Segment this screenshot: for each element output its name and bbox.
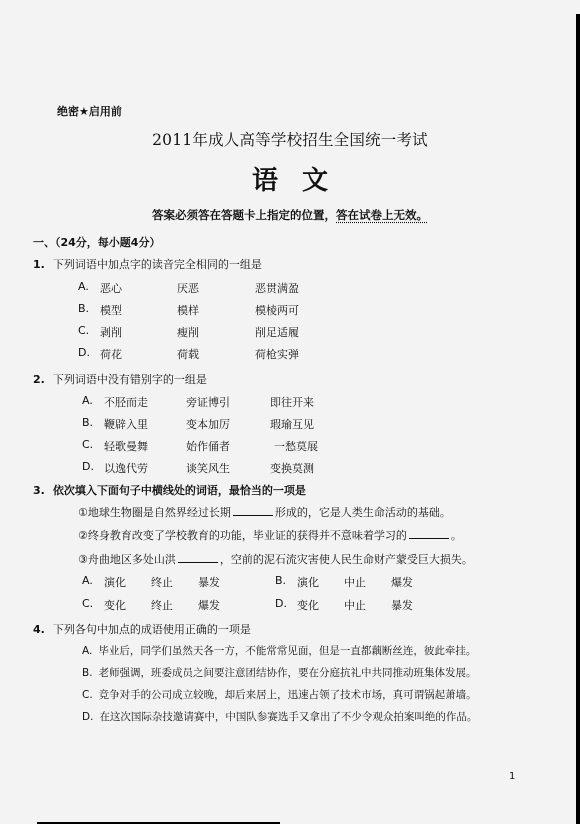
q3-sentence-3: ③舟曲地区多处山洪，空前的泥石流灾害使人民生命财产蒙受巨大损失。 xyxy=(78,551,473,567)
option-word: 厌恶 xyxy=(177,280,199,296)
q4-option-d: D.在这次国际杂技邀请赛中，中国队参赛选手又拿出了不少令观众拍案叫绝的作品。 xyxy=(82,709,477,724)
question-1: 1.下列词语中加点字的读音完全相同的一组是 xyxy=(33,256,262,272)
option-label: D. xyxy=(275,597,287,610)
option-word: 恶心 xyxy=(100,280,122,296)
option-word: 模棱两可 xyxy=(255,302,299,318)
option-word: 演化 xyxy=(104,574,126,590)
sentence-text: ③舟曲地区多处山洪 xyxy=(78,553,176,566)
sentence-text: 形成的，它是人类生命活动的基础。 xyxy=(275,506,451,519)
option-word: 荷花 xyxy=(100,346,122,362)
option-label: A. xyxy=(82,574,93,587)
option-word: 变化 xyxy=(104,597,126,613)
question-prompt: 下列词语中加点字的读音完全相同的一组是 xyxy=(53,258,262,271)
option-text: 竞争对手的公司成立较晚，却后来居上，迅速占领了技术市场，真可谓锅起萧墙。 xyxy=(99,689,477,701)
option-word: 鞭辟入里 xyxy=(104,416,148,432)
option-word: 暴发 xyxy=(391,597,413,613)
sentence-text: ②终身教育改变了学校教育的功能，毕业证的获得并不意味着学习的 xyxy=(78,529,407,542)
option-word: 剥削 xyxy=(100,324,122,340)
q3-sentence-1: ①地球生物圈是自然界经过长期形成的，它是人类生命活动的基础。 xyxy=(78,504,451,520)
option-label: A. xyxy=(78,280,89,293)
question-2: 2.下列词语中没有错别字的一组是 xyxy=(33,371,207,387)
option-word: 爆发 xyxy=(391,574,413,590)
option-word: 荷载 xyxy=(177,346,199,362)
option-word: 恶贯满盈 xyxy=(255,280,299,296)
fill-blank xyxy=(409,529,449,539)
option-label: C. xyxy=(82,689,93,701)
question-prompt: 依次填入下面句子中横线处的词语，最恰当的一项是 xyxy=(53,484,306,497)
option-word: 不胫而走 xyxy=(104,394,148,410)
option-text: 在这次国际杂技邀请赛中，中国队参赛选手又拿出了不少令观众拍案叫绝的作品。 xyxy=(99,711,477,723)
sentence-text: ，空前的泥石流灾害使人民生命财产蒙受巨大损失。 xyxy=(220,553,473,566)
option-label: A. xyxy=(82,645,92,657)
option-label: C. xyxy=(82,438,93,451)
question-prompt: 下列各句中加点的成语使用正确的一项是 xyxy=(53,623,251,636)
option-label: D. xyxy=(82,460,94,473)
section-heading: 一、（24分，每小题4分） xyxy=(33,234,160,250)
option-label: A. xyxy=(82,394,93,407)
question-number: 4. xyxy=(33,623,45,636)
option-word: 爆发 xyxy=(198,597,220,613)
question-number: 2. xyxy=(33,373,45,386)
option-word: 始作俑者 xyxy=(186,438,230,454)
question-4: 4.下列各句中加点的成语使用正确的一项是 xyxy=(33,621,251,637)
option-word: 演化 xyxy=(297,574,319,590)
answer-notice: 答案必须答在答题卡上指定的位置，答在试卷上无效。 xyxy=(0,207,580,223)
fill-blank xyxy=(233,506,273,516)
exam-title: 2011年成人高等学校招生全国统一考试 xyxy=(0,128,580,150)
q4-option-c: C.竞争对手的公司成立较晚，却后来居上，迅速占领了技术市场，真可谓锅起萧墙。 xyxy=(82,687,477,702)
option-word: 模型 xyxy=(100,302,122,318)
option-word: 谈笑风生 xyxy=(186,460,230,476)
option-label: C. xyxy=(82,597,93,610)
sentence-text: 。 xyxy=(451,529,462,542)
option-word: 荷枪实弹 xyxy=(255,346,299,362)
option-label: C. xyxy=(78,324,89,337)
option-label: B. xyxy=(82,667,93,679)
option-word: 一愁莫展 xyxy=(274,438,318,454)
q4-option-b: B.老师强调，班委成员之间要注意团结协作，要在分庭抗礼中共同推动班集体发展。 xyxy=(82,665,477,680)
page-number: 1 xyxy=(509,771,515,782)
notice-text: 答案必须答在答题卡上指定的位置， xyxy=(152,208,336,222)
option-text: 老师强调，班委成员之间要注意团结协作，要在分庭抗礼中共同推动班集体发展。 xyxy=(99,667,477,679)
sentence-text: ①地球生物圈是自然界经过长期 xyxy=(78,506,231,519)
option-word: 变换莫测 xyxy=(270,460,314,476)
option-label: D. xyxy=(82,711,93,723)
question-number: 1. xyxy=(33,258,45,271)
option-text: 毕业后，同学们虽然天各一方，不能常常见面，但是一直都藕断丝连，彼此牵挂。 xyxy=(98,645,476,657)
option-word: 终止 xyxy=(151,574,173,590)
option-word: 旁证博引 xyxy=(186,394,230,410)
option-word: 变本加厉 xyxy=(186,416,230,432)
question-number: 3. xyxy=(33,484,45,497)
option-word: 轻歌曼舞 xyxy=(104,438,148,454)
option-word: 削足适履 xyxy=(255,324,299,340)
option-word: 瑕瑜互见 xyxy=(270,416,314,432)
option-word: 终止 xyxy=(151,597,173,613)
option-word: 以逸代劳 xyxy=(104,460,148,476)
confidential-label: 绝密★启用前 xyxy=(57,103,122,119)
q4-option-a: A.毕业后，同学们虽然天各一方，不能常常见面，但是一直都藕断丝连，彼此牵挂。 xyxy=(82,643,476,658)
option-word: 即往开来 xyxy=(270,394,314,410)
option-label: D. xyxy=(78,346,90,359)
option-word: 瘦削 xyxy=(177,324,199,340)
option-word: 中止 xyxy=(344,574,366,590)
option-word: 中止 xyxy=(344,597,366,613)
option-label: B. xyxy=(275,574,286,587)
option-word: 变化 xyxy=(297,597,319,613)
notice-emphasis: 答在试卷上无效。 xyxy=(336,208,428,222)
option-word: 模样 xyxy=(177,302,199,318)
option-label: B. xyxy=(82,416,93,429)
subject-title: 语文 xyxy=(0,160,580,197)
fill-blank xyxy=(178,553,218,563)
question-3: 3.依次填入下面句子中横线处的词语，最恰当的一项是 xyxy=(33,482,306,498)
option-word: 暴发 xyxy=(198,574,220,590)
q3-sentence-2: ②终身教育改变了学校教育的功能，毕业证的获得并不意味着学习的。 xyxy=(78,527,462,543)
option-label: B. xyxy=(78,302,89,315)
question-prompt: 下列词语中没有错别字的一组是 xyxy=(53,373,207,386)
